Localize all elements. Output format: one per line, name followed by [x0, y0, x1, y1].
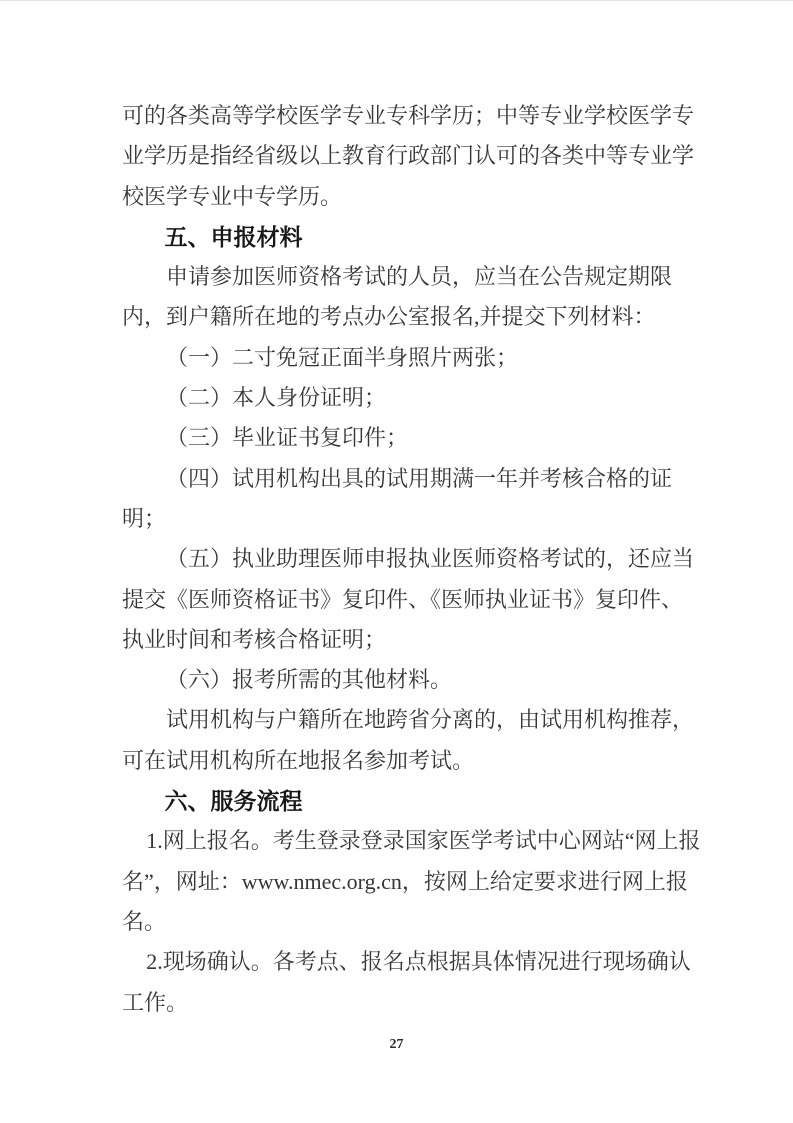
- paragraph: （二）本人身份证明；: [122, 378, 702, 418]
- paragraph: （四）试用机构出具的试用期满一年并考核合格的证明；: [122, 459, 702, 540]
- paragraph: 1.网上报名。考生登录登录国家医学考试中心网站“网上报名”，网址：www.nme…: [122, 821, 702, 942]
- paragraph: （一）二寸免冠正面半身照片两张；: [122, 338, 702, 378]
- paragraph: 可的各类高等学校医学专业专科学历；中等专业学校医学专业学历是指经省级以上教育行政…: [122, 96, 702, 217]
- paragraph: （三）毕业证书复印件；: [122, 418, 702, 458]
- document-body: 可的各类高等学校医学专业专科学历；中等专业学校医学专业学历是指经省级以上教育行政…: [122, 96, 702, 1023]
- document-page: 可的各类高等学校医学专业专科学历；中等专业学校医学专业学历是指经省级以上教育行政…: [0, 0, 793, 1123]
- section-heading: 六、服务流程: [122, 781, 702, 821]
- paragraph: （六）报考所需的其他材料。: [122, 660, 702, 700]
- section-heading: 五、申报材料: [122, 217, 702, 257]
- paragraph: 试用机构与户籍所在地跨省分离的，由试用机构推荐，可在试用机构所在地报名参加考试。: [122, 700, 702, 781]
- paragraph: 申请参加医师资格考试的人员，应当在公告规定期限内，到户籍所在地的考点办公室报名,…: [122, 257, 702, 338]
- page-number: 27: [0, 1037, 793, 1053]
- paragraph: （五）执业助理医师申报执业医师资格考试的，还应当提交《医师资格证书》复印件、《医…: [122, 539, 702, 660]
- paragraph: 2.现场确认。各考点、报名点根据具体情况进行现场确认工作。: [122, 942, 702, 1023]
